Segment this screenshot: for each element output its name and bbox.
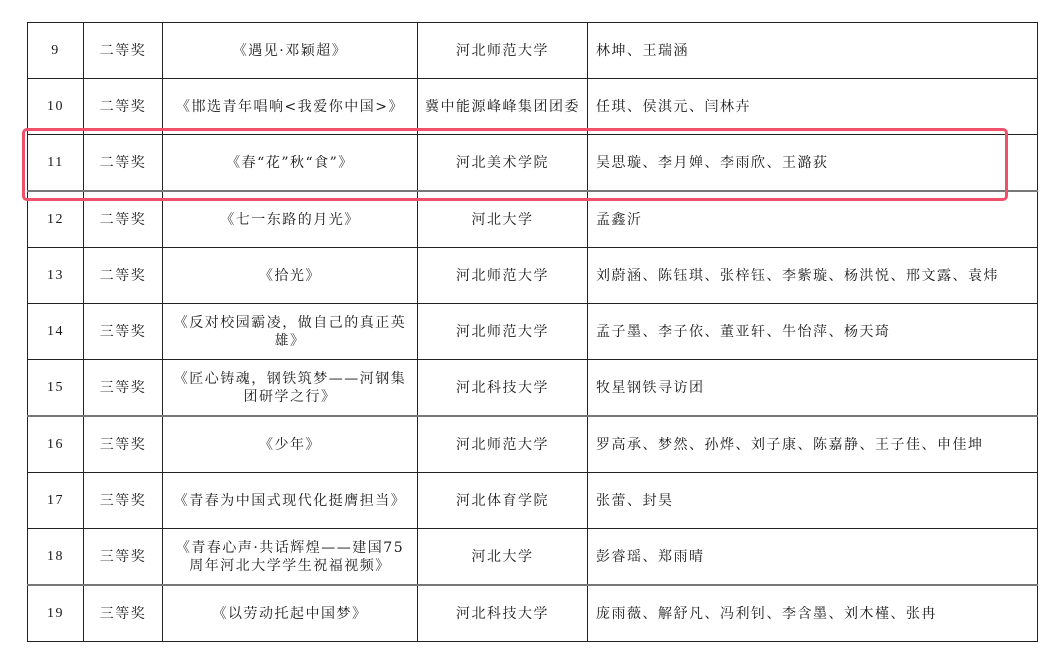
cell-no: 14	[28, 304, 84, 360]
cell-prize: 三等奖	[84, 529, 163, 586]
cell-title: 《少年》	[163, 416, 418, 473]
table-row: 14 三等奖 《反对校园霸凌，做自己的真正英雄》 河北师范大学 孟子墨、李子依、…	[28, 304, 1038, 360]
cell-prize: 二等奖	[84, 79, 163, 135]
cell-prize: 三等奖	[84, 360, 163, 417]
award-table: 9 二等奖 《遇见·邓颖超》 河北师范大学 林坤、王瑞涵 10 二等奖 《邯选青…	[27, 22, 1038, 642]
cell-prize: 二等奖	[84, 248, 163, 304]
cell-title: 《春“花”秋“食”》	[163, 135, 418, 192]
cell-no: 10	[28, 79, 84, 135]
table-row: 18 三等奖 《青春心声·共话辉煌——建国75周年河北大学学生祝福视频》 河北大…	[28, 529, 1038, 586]
cell-unit: 河北大学	[418, 529, 588, 586]
cell-unit: 河北师范大学	[418, 23, 588, 79]
table-row: 9 二等奖 《遇见·邓颖超》 河北师范大学 林坤、王瑞涵	[28, 23, 1038, 79]
cell-no: 15	[28, 360, 84, 417]
cell-unit: 河北体育学院	[418, 473, 588, 529]
table-row: 19 三等奖 《以劳动托起中国梦》 河北科技大学 庞雨薇、解舒凡、冯利钊、李含墨…	[28, 585, 1038, 642]
cell-prize: 三等奖	[84, 416, 163, 473]
cell-no: 19	[28, 585, 84, 642]
cell-prize: 二等奖	[84, 191, 163, 248]
cell-title: 《反对校园霸凌，做自己的真正英雄》	[163, 304, 418, 360]
cell-members: 罗高承、梦然、孙烨、刘子康、陈嘉静、王子佳、申佳坤	[588, 416, 1038, 473]
cell-prize: 三等奖	[84, 304, 163, 360]
cell-members: 任琪、侯淇元、闫林卉	[588, 79, 1038, 135]
cell-unit: 河北美术学院	[418, 135, 588, 192]
cell-no: 11	[28, 135, 84, 192]
cell-no: 12	[28, 191, 84, 248]
cell-no: 18	[28, 529, 84, 586]
cell-title: 《以劳动托起中国梦》	[163, 585, 418, 642]
table-row: 17 三等奖 《青春为中国式现代化挺膺担当》 河北体育学院 张蕾、封昊	[28, 473, 1038, 529]
table-row: 10 二等奖 《邯选青年唱响<我爱你中国>》 冀中能源峰峰集团团委 任琪、侯淇元…	[28, 79, 1038, 135]
cell-title: 《七一东路的月光》	[163, 191, 418, 248]
cell-title: 《邯选青年唱响<我爱你中国>》	[163, 79, 418, 135]
cell-prize: 二等奖	[84, 23, 163, 79]
cell-title: 《匠心铸魂，钢铁筑梦——河钢集团研学之行》	[163, 360, 418, 417]
cell-unit: 河北大学	[418, 191, 588, 248]
cell-members: 孟鑫沂	[588, 191, 1038, 248]
cell-title: 《遇见·邓颖超》	[163, 23, 418, 79]
table-row-highlighted: 11 二等奖 《春“花”秋“食”》 河北美术学院 吴思璇、李月婵、李雨欣、王潞荻	[28, 135, 1038, 192]
cell-title: 《青春为中国式现代化挺膺担当》	[163, 473, 418, 529]
cell-unit: 冀中能源峰峰集团团委	[418, 79, 588, 135]
cell-unit: 河北科技大学	[418, 360, 588, 417]
cell-no: 16	[28, 416, 84, 473]
table-row: 12 二等奖 《七一东路的月光》 河北大学 孟鑫沂	[28, 191, 1038, 248]
cell-prize: 三等奖	[84, 585, 163, 642]
cell-unit: 河北师范大学	[418, 416, 588, 473]
cell-unit: 河北师范大学	[418, 248, 588, 304]
table-row: 15 三等奖 《匠心铸魂，钢铁筑梦——河钢集团研学之行》 河北科技大学 牧星钢铁…	[28, 360, 1038, 417]
cell-title: 《拾光》	[163, 248, 418, 304]
cell-members: 彭睿瑶、郑雨晴	[588, 529, 1038, 586]
cell-members: 吴思璇、李月婵、李雨欣、王潞荻	[588, 135, 1038, 192]
cell-members: 张蕾、封昊	[588, 473, 1038, 529]
cell-members: 刘蔚涵、陈钰琪、张梓钰、李紫璇、杨洪悦、邢文露、袁炜	[588, 248, 1038, 304]
cell-no: 9	[28, 23, 84, 79]
cell-title: 《青春心声·共话辉煌——建国75周年河北大学学生祝福视频》	[163, 529, 418, 586]
cell-no: 17	[28, 473, 84, 529]
cell-unit: 河北师范大学	[418, 304, 588, 360]
table-row: 16 三等奖 《少年》 河北师范大学 罗高承、梦然、孙烨、刘子康、陈嘉静、王子佳…	[28, 416, 1038, 473]
cell-members: 林坤、王瑞涵	[588, 23, 1038, 79]
cell-no: 13	[28, 248, 84, 304]
cell-prize: 三等奖	[84, 473, 163, 529]
table-row: 13 二等奖 《拾光》 河北师范大学 刘蔚涵、陈钰琪、张梓钰、李紫璇、杨洪悦、邢…	[28, 248, 1038, 304]
cell-members: 孟子墨、李子依、董亚轩、牛怡萍、杨天琦	[588, 304, 1038, 360]
cell-unit: 河北科技大学	[418, 585, 588, 642]
cell-members: 庞雨薇、解舒凡、冯利钊、李含墨、刘木槿、张冉	[588, 585, 1038, 642]
cell-prize: 二等奖	[84, 135, 163, 192]
cell-members: 牧星钢铁寻访团	[588, 360, 1038, 417]
